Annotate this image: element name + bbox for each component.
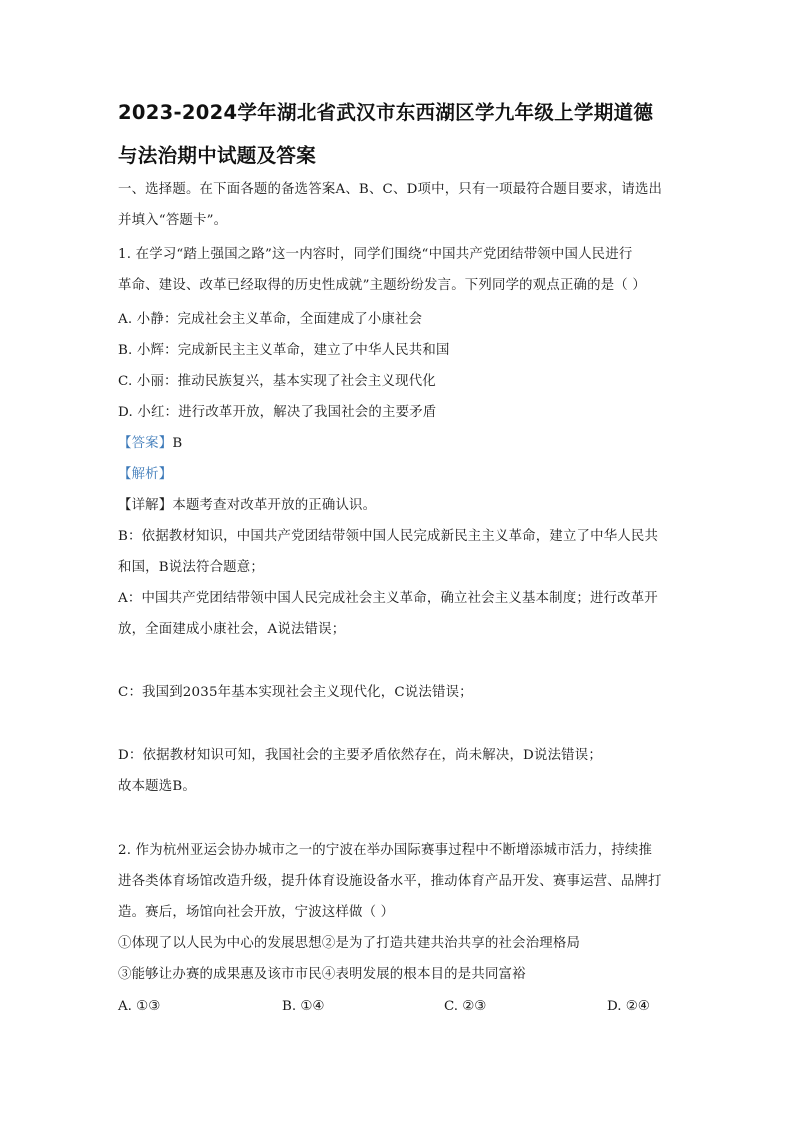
question-2-stem-line3: 造。赛后，场馆向社会开放，宁波这样做（ ） (118, 904, 394, 922)
document-title-line2: 与法治期中试题及答案 (118, 143, 316, 169)
question-1-option-d: D. 小红：进行改革开放，解决了我国社会的主要矛盾 (118, 404, 436, 422)
question-2-statements-line1: ①体现了以人民为中心的发展思想②是为了打造共建共治共享的社会治理格局 (118, 935, 580, 953)
explanation-conclusion: 故本题选B。 (118, 778, 196, 796)
explanation-c: C：我国到2035年基本实现社会主义现代化，C说法错误； (118, 684, 473, 702)
question-2-statements-line2: ③能够让办赛的成果惠及该市市民④表明发展的根本目的是共同富裕 (118, 966, 526, 984)
explanation-a-line1: A：中国共产党团结带领中国人民完成社会主义革命，确立社会主义基本制度；进行改革开 (118, 590, 658, 608)
detail-text: 本题考查对改革开放的正确认识。 (172, 498, 376, 513)
section-intro-line2: 并填入“答题卡”。 (118, 212, 227, 230)
question-2-option-d: D. ②④ (607, 998, 650, 1016)
section-intro-line1: 一、选择题。在下面各题的备选答案A、B、C、D项中，只有一项最符合题目要求，请选… (118, 181, 662, 199)
question-1-option-b: B. 小辉：完成新民主主义革命，建立了中华人民共和国 (118, 342, 450, 360)
question-2-option-b: B. ①④ (282, 998, 324, 1016)
question-1-option-a: A. 小静：完成社会主义革命，全面建成了小康社会 (118, 311, 422, 329)
document-title-line1: 2023-2024学年湖北省武汉市东西湖区学九年级上学期道德 (118, 100, 653, 126)
answer-value: B (172, 436, 182, 451)
answer-label: 【答案】 (118, 436, 172, 451)
document-page: 2023-2024学年湖北省武汉市东西湖区学九年级上学期道德 与法治期中试题及答… (0, 0, 793, 1122)
explanation-b-line1: B：依据教材知识，中国共产党团结带领中国人民完成新民主主义革命，建立了中华人民共 (118, 528, 658, 546)
explanation-d: D：依据教材知识可知，我国社会的主要矛盾依然存在，尚未解决，D说法错误； (118, 747, 602, 765)
question-1-stem-line2: 革命、建设、改革已经取得的历史性成就”主题纷纷发言。下列同学的观点正确的是（ ） (118, 277, 646, 295)
detail-label: 【详解】 (118, 498, 172, 513)
question-1-detail: 【详解】本题考查对改革开放的正确认识。 (118, 497, 376, 515)
explanation-b-line2: 和国，B说法符合题意； (118, 559, 264, 577)
question-1-option-c: C. 小丽：推动民族复兴，基本实现了社会主义现代化 (118, 373, 436, 391)
question-2-option-c: C. ②③ (444, 998, 486, 1016)
analysis-label: 【解析】 (118, 466, 172, 484)
question-2-stem-line1: 2. 作为杭州亚运会协办城市之一的宁波在举办国际赛事过程中不断增添城市活力，持续… (118, 842, 652, 860)
question-1-answer: 【答案】B (118, 435, 182, 453)
explanation-a-line2: 放，全面建成小康社会，A说法错误； (118, 621, 345, 639)
question-1-stem-line1: 1. 在学习“踏上强国之路”这一内容时，同学们围绕“中国共产党团结带领中国人民进… (118, 246, 632, 264)
question-2-option-a: A. ①③ (118, 998, 160, 1016)
question-2-stem-line2: 进各类体育场馆改造升级，提升体育设施设备水平，推动体育产品开发、赛事运营、品牌打 (118, 873, 662, 891)
